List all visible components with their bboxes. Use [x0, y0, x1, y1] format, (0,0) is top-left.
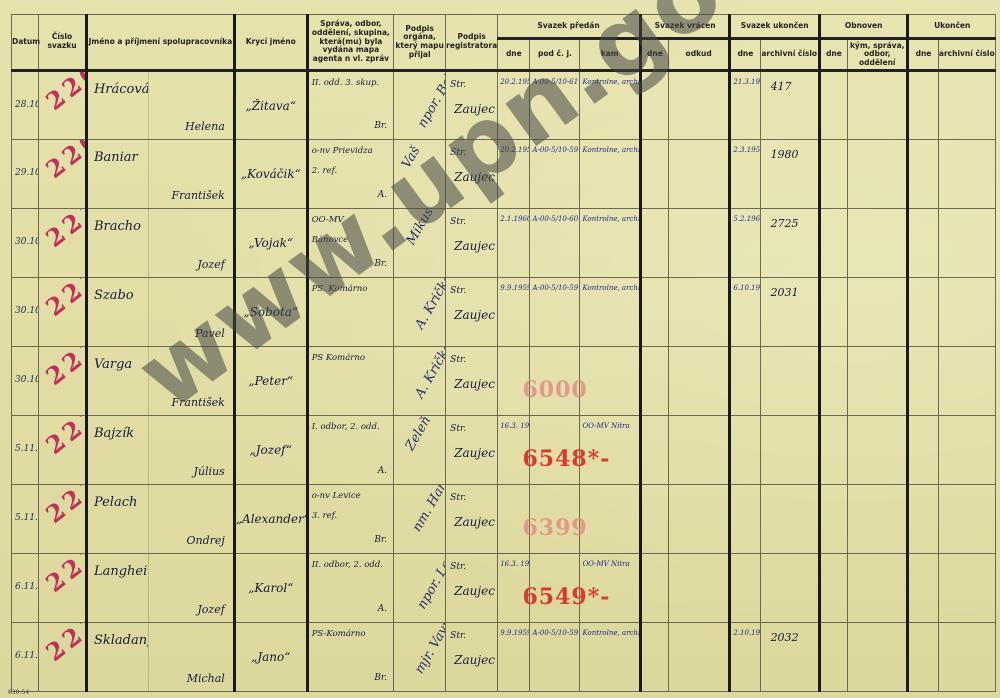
department-mark: A.	[378, 190, 387, 200]
final-date-cell	[908, 140, 938, 209]
renewed-by-cell	[848, 209, 908, 278]
organ-signature-cell: npor. Beličák	[394, 71, 446, 140]
firstname-cell: Pavel	[149, 278, 234, 347]
final-archive-cell	[938, 416, 995, 485]
firstname: Július	[194, 465, 225, 478]
table-row: 30.10.1957 2211 Szabo Pavel „Sobota“ PS.…	[12, 278, 996, 347]
surname: Bajzík	[94, 426, 134, 441]
handed-date: 9.9.1959	[500, 629, 530, 637]
cover-name: „Vojak“	[236, 236, 306, 250]
table-row: 6.11.1957. 2215 Langheiter Jozef „Karol“…	[12, 554, 996, 623]
surname-cell: Langheiter	[86, 554, 148, 623]
header-obnoven-dne: dne	[819, 39, 847, 71]
header-sprava: Správa, odbor, oddělení, skupina, která(…	[307, 15, 393, 71]
returned-date-cell	[640, 416, 668, 485]
final-archive-cell	[938, 554, 995, 623]
closed-date-cell	[730, 416, 760, 485]
firstname-cell: Jozef	[149, 554, 234, 623]
closed-date-cell: 2.3.1959	[730, 140, 760, 209]
firstname: Jozef	[197, 258, 224, 271]
closed-date: 21.3.1958	[733, 78, 760, 86]
cover-name: „Jano“	[236, 650, 306, 664]
handed-date: 20.2.1959	[500, 146, 530, 154]
header-predan-pod-cj: pod č. j.	[530, 39, 580, 71]
entry-date: 30.10.1957	[15, 375, 39, 385]
volume-number-stamp: 2210	[40, 209, 86, 253]
handed-to: OO-MV Nitra	[582, 560, 629, 568]
registrar-signature: Zaujec	[454, 377, 495, 391]
closed-date-cell	[730, 347, 760, 416]
registrar-rank: Str.	[450, 217, 466, 227]
header-obnoven: Obnoven	[819, 15, 908, 39]
header-svazek-vracen: Svazek vrácen	[640, 15, 730, 39]
date-cell: 6.11.1957.	[12, 623, 39, 692]
header-predan-kam: kam	[580, 39, 640, 71]
registrar-rank: Str.	[450, 286, 466, 296]
registrar-rank: Str.	[450, 80, 466, 90]
department-cell: OO-MV Bánovce Br.	[307, 209, 393, 278]
volume-number-stamp: 2211	[40, 278, 86, 322]
department-cell: II. odbor, 2. odd. A.	[307, 554, 393, 623]
handed-to-cell: Kontrolne, archív	[580, 140, 640, 209]
cover-name-cell: „Žitava“	[234, 71, 307, 140]
cover-name-cell: „Karol“	[234, 554, 307, 623]
department-sub: Bánovce	[312, 235, 349, 245]
renewed-date-cell	[819, 71, 847, 140]
volume-number-cell: 2213	[39, 416, 87, 485]
archive-number-cell: 2031	[760, 278, 819, 347]
closed-date: 2.3.1959	[733, 146, 760, 154]
surname: Baniar	[94, 150, 138, 165]
department-cell: o-nv Levice 3. ref. Br.	[307, 485, 393, 554]
handed-ref-cell: A-00-5/10-60	[530, 209, 580, 278]
archive-number: 1980	[771, 148, 799, 161]
handed-date-cell: 20.2.1958	[498, 71, 530, 140]
returned-date-cell	[640, 347, 668, 416]
firstname-cell: František	[149, 347, 234, 416]
renewed-date-cell	[819, 347, 847, 416]
organ-signature: Vaš	[399, 144, 423, 171]
returned-date-cell	[640, 71, 668, 140]
final-date-cell	[908, 485, 938, 554]
department: PS-Komárno	[312, 629, 366, 639]
cover-name: „Kováčik“	[236, 167, 306, 181]
cover-name-cell: „Jozef“	[234, 416, 307, 485]
cover-name: „Karol“	[236, 581, 306, 595]
closed-date-cell: 21.3.1958	[730, 71, 760, 140]
handed-ref-cell: A-00-5/10-59	[530, 623, 580, 692]
final-archive-cell	[938, 278, 995, 347]
department-mark: Br.	[374, 535, 387, 545]
department: o-nv Prievidza	[312, 146, 373, 156]
header-svazek-ukoncen: Svazek ukončen	[730, 15, 820, 39]
volume-number-cell: 2211	[39, 278, 87, 347]
returned-from-cell	[668, 623, 729, 692]
volume-number-cell: 2212	[39, 347, 87, 416]
final-archive-cell	[938, 623, 995, 692]
firstname-cell: Ondrej	[149, 485, 234, 554]
archive-number-cell	[760, 347, 819, 416]
handed-date: 16.3. 1960	[500, 560, 530, 568]
closed-date: 5.2.1960	[733, 215, 760, 223]
handed-to-cell: Kontrolne, archív	[580, 278, 640, 347]
surname-cell: Szabo	[86, 278, 148, 347]
volume-number-cell: 2216	[39, 623, 87, 692]
organ-signature: mjr. Vavrek	[412, 623, 445, 677]
header-final-dne: dne	[908, 39, 938, 71]
handed-date-cell: 9.9.1959	[498, 278, 530, 347]
table-row: 30.10.1957. 2210 Bracho Jozef „Vojak“ OO…	[12, 209, 996, 278]
date-cell: 29.10.1957	[12, 140, 39, 209]
table-row: 30.10.1957 2212 Varga František „Peter“ …	[12, 347, 996, 416]
volume-number-cell: 2214	[39, 485, 87, 554]
registrar-rank: Str.	[450, 562, 466, 572]
cover-name-cell: „Vojak“	[234, 209, 307, 278]
archive-number-cell: 2725	[760, 209, 819, 278]
surname: Varga	[94, 357, 132, 372]
date-cell: 30.10.1957	[12, 347, 39, 416]
volume-number-stamp: 2216	[40, 623, 86, 667]
cover-name-cell: „Sobota“	[234, 278, 307, 347]
registrar-signature: Zaujec	[454, 170, 495, 184]
header-kryci-jmeno: Krycí jméno	[234, 15, 307, 71]
department-cell: I. odbor, 2. odd. A.	[307, 416, 393, 485]
handed-date-cell: 9.9.1959	[498, 623, 530, 692]
department: I. odbor, 2. odd.	[312, 422, 380, 432]
organ-signature: npor. Beličák	[415, 71, 446, 131]
handed-to: Kontrolne, archív	[582, 78, 640, 86]
firstname-cell: Július	[149, 416, 234, 485]
cover-name: „Žitava“	[236, 99, 306, 113]
date-cell: 5.11.1957.	[12, 485, 39, 554]
surname-cell: Bracho	[86, 209, 148, 278]
firstname: Michal	[187, 672, 225, 685]
registrar-rank: Str.	[450, 355, 466, 365]
renewed-date-cell	[819, 209, 847, 278]
registrar-signature-cell: Str. Zaujec	[446, 347, 498, 416]
final-date-cell	[908, 554, 938, 623]
organ-signature-cell: Vaš	[394, 140, 446, 209]
handed-to-cell	[580, 347, 640, 416]
handed-to: Kontrolne, archív	[582, 215, 640, 223]
table-row: 6.11.1957. 2216 Skladaný Michal „Jano“ P…	[12, 623, 996, 692]
returned-from-cell	[668, 347, 729, 416]
organ-signature-cell: A. Kričkový	[394, 347, 446, 416]
department-sub: 2. ref.	[312, 166, 337, 176]
department-mark: Br.	[374, 673, 387, 683]
archive-number: 2725	[771, 217, 799, 230]
date-cell: 28.10.1957	[12, 71, 39, 140]
handed-ref: A-00-5/10-59	[532, 629, 578, 637]
returned-date-cell	[640, 209, 668, 278]
final-date-cell	[908, 416, 938, 485]
entry-date: 28.10.1957	[15, 100, 39, 110]
date-cell: 30.10.1957	[12, 278, 39, 347]
registrar-signature: Zaujec	[454, 653, 495, 667]
date-cell: 5.11.1957	[12, 416, 39, 485]
organ-signature-cell: nm. Hariš	[394, 485, 446, 554]
organ-signature-cell: Mikuš	[394, 209, 446, 278]
header-obnoven-kym: kým, správa, odbor, oddělení	[848, 39, 908, 71]
department: o-nv Levice	[312, 491, 361, 501]
department-mark: A.	[378, 604, 387, 614]
firstname: Pavel	[195, 327, 225, 340]
header-ukoncen-dne: dne	[730, 39, 760, 71]
handed-date: 2.1.1960	[500, 215, 530, 223]
red-number-stamp: 6000	[522, 377, 587, 403]
closed-date-cell	[730, 485, 760, 554]
handed-to: Kontrolne, archív	[582, 146, 640, 154]
renewed-date-cell	[819, 554, 847, 623]
registrar-signature: Zaujec	[454, 446, 495, 460]
returned-date-cell	[640, 485, 668, 554]
handed-to-cell: Kontrolne, archív	[580, 209, 640, 278]
registrar-signature: Zaujec	[454, 102, 495, 116]
cover-name-cell: „Peter“	[234, 347, 307, 416]
registrar-signature-cell: Str. Zaujec	[446, 554, 498, 623]
registrar-signature: Zaujec	[454, 308, 495, 322]
department-cell: o-nv Prievidza 2. ref. A.	[307, 140, 393, 209]
header-svazek-predan: Svazek předán	[498, 15, 641, 39]
header-row-1: Datum Číslo svazku Jméno a příjmení spol…	[12, 15, 996, 39]
renewed-date-cell	[819, 278, 847, 347]
organ-signature-cell: mjr. Vavrek	[394, 623, 446, 692]
closed-date-cell: 5.2.1960	[730, 209, 760, 278]
date-cell: 6.11.1957.	[12, 554, 39, 623]
firstname-cell: František	[149, 140, 234, 209]
archive-number-cell: 1980	[760, 140, 819, 209]
handed-ref: A-00-5/10-59	[532, 146, 578, 154]
volume-number-stamp: 2214	[40, 485, 86, 529]
entry-date: 6.11.1957.	[15, 651, 39, 661]
returned-from-cell	[668, 209, 729, 278]
header-podpis-organa: Podpis orgána, který mapu přijal	[394, 15, 446, 71]
firstname-cell: Jozef	[149, 209, 234, 278]
red-number-stamp: 6399	[522, 515, 587, 541]
surname-cell: Bajzík	[86, 416, 148, 485]
closed-date: 6.10.1959	[733, 284, 760, 292]
surname-cell: Skladaný	[86, 623, 148, 692]
handed-ref-cell: 6548*-	[530, 416, 580, 485]
renewed-by-cell	[848, 347, 908, 416]
returned-date-cell	[640, 140, 668, 209]
header-ukoncen: Ukončen	[908, 15, 996, 39]
organ-signature-cell: npor. Lenner	[394, 554, 446, 623]
department-cell: PS. Komárno	[307, 278, 393, 347]
returned-from-cell	[668, 71, 729, 140]
renewed-by-cell	[848, 140, 908, 209]
entry-date: 30.10.1957	[15, 306, 39, 316]
final-archive-cell	[938, 140, 995, 209]
surname: Langheiter	[94, 564, 149, 579]
volume-number-cell: 2215	[39, 554, 87, 623]
handed-ref: A-00-5/10-60	[532, 215, 578, 223]
archive-number-cell	[760, 416, 819, 485]
closed-date-cell	[730, 554, 760, 623]
table-row: 5.11.1957 2213 Bajzík Július „Jozef“ I. …	[12, 416, 996, 485]
surname-cell: Hrácová	[86, 71, 148, 140]
volume-number-cell: 2210	[39, 209, 87, 278]
form-code: 630-54	[8, 689, 29, 696]
firstname: František	[172, 189, 225, 202]
organ-signature: Mikuš	[404, 209, 437, 248]
archive-number-cell: 417	[760, 71, 819, 140]
archive-number: 2031	[771, 286, 799, 299]
organ-signature-cell: A. Kričkový	[394, 278, 446, 347]
registrar-signature-cell: Str. Zaujec	[446, 485, 498, 554]
final-date-cell	[908, 209, 938, 278]
handed-ref-cell: 6000	[530, 347, 580, 416]
final-archive-cell	[938, 347, 995, 416]
registrar-signature: Zaujec	[454, 515, 495, 529]
department: PS. Komárno	[312, 284, 368, 294]
handed-ref: A-00-5/10-59	[532, 284, 578, 292]
registrar-rank: Str.	[450, 631, 466, 641]
cover-name-cell: „Alexander“	[234, 485, 307, 554]
handed-date: 20.2.1958	[500, 78, 530, 86]
archive-number-cell	[760, 554, 819, 623]
handed-to: Kontrolne, archív	[582, 629, 640, 637]
final-archive-cell	[938, 209, 995, 278]
handed-ref-cell: A-00-5/10-59	[530, 140, 580, 209]
cover-name: „Peter“	[236, 374, 306, 388]
closed-date-cell: 6.10.1959	[730, 278, 760, 347]
entry-date: 29.10.1957	[15, 168, 39, 178]
surname-cell: Varga	[86, 347, 148, 416]
surname: Hrácová	[94, 82, 149, 97]
renewed-by-cell	[848, 71, 908, 140]
handed-date: 16.3. 1960	[500, 422, 530, 430]
entry-date: 5.11.1957	[15, 444, 39, 454]
returned-from-cell	[668, 140, 729, 209]
entry-date: 5.11.1957.	[15, 513, 39, 523]
registrar-signature: Zaujec	[454, 584, 495, 598]
cover-name-cell: „Kováčik“	[234, 140, 307, 209]
volume-number-cell: 2208	[39, 71, 87, 140]
handed-to: Kontrolne, archív	[582, 284, 640, 292]
archive-number: 417	[771, 80, 792, 93]
volume-number-stamp: 2212	[40, 347, 86, 391]
registrar-rank: Str.	[450, 493, 466, 503]
renewed-date-cell	[819, 623, 847, 692]
final-date-cell	[908, 623, 938, 692]
handed-date: 9.9.1959	[500, 284, 530, 292]
closed-date: 2.10.1959	[733, 629, 760, 637]
closed-date-cell: 2.10.1959	[730, 623, 760, 692]
registrar-signature-cell: Str. Zaujec	[446, 71, 498, 140]
renewed-by-cell	[848, 623, 908, 692]
header-ukoncen-archivni: archivní číslo	[760, 39, 819, 71]
header-vracen-dne: dne	[640, 39, 668, 71]
entry-date: 6.11.1957.	[15, 582, 39, 592]
final-archive-cell	[938, 485, 995, 554]
cover-name: „Alexander“	[236, 512, 306, 526]
handed-ref-cell: 6549*-	[530, 554, 580, 623]
registrar-signature-cell: Str. Zaujec	[446, 209, 498, 278]
handed-to-cell: OO-MV Nitra	[580, 416, 640, 485]
organ-signature: nm. Hariš	[410, 485, 446, 535]
table-row: 29.10.1957 2209 Baniar František „Kováči…	[12, 140, 996, 209]
department: OO-MV	[312, 215, 344, 225]
department-cell: PS Komárno	[307, 347, 393, 416]
department-mark: Br.	[374, 259, 387, 269]
organ-signature: A. Kričkový	[412, 347, 445, 401]
handed-ref-cell: 6399	[530, 485, 580, 554]
archive-number-cell: 2032	[760, 623, 819, 692]
handed-date-cell: 2.1.1960	[498, 209, 530, 278]
header-vracen-odkud: odkud	[668, 39, 729, 71]
header-final-archivni: archivní číslo	[938, 39, 995, 71]
firstname: Jozef	[197, 603, 224, 616]
registrar-signature-cell: Str. Zaujec	[446, 416, 498, 485]
surname-cell: Baniar	[86, 140, 148, 209]
volume-number-stamp: 2209	[40, 140, 86, 184]
surname: Pelach	[94, 495, 137, 510]
cover-name-cell: „Jano“	[234, 623, 307, 692]
registrar-signature-cell: Str. Zaujec	[446, 623, 498, 692]
handed-to: OO-MV Nitra	[582, 422, 629, 430]
returned-from-cell	[668, 485, 729, 554]
archive-number: 2032	[771, 631, 799, 644]
handed-ref-cell: A-00-5/10-59	[530, 278, 580, 347]
volume-number-cell: 2209	[39, 140, 87, 209]
renewed-date-cell	[819, 485, 847, 554]
registrar-signature: Zaujec	[454, 239, 495, 253]
renewed-by-cell	[848, 416, 908, 485]
firstname: František	[172, 396, 225, 409]
renewed-by-cell	[848, 554, 908, 623]
department: II. odbor, 2. odd.	[312, 560, 383, 570]
registry-table: Datum Číslo svazku Jméno a příjmení spol…	[11, 14, 996, 692]
handed-to-cell: OO-MV Nitra	[580, 554, 640, 623]
date-cell: 30.10.1957.	[12, 209, 39, 278]
final-archive-cell	[938, 71, 995, 140]
handed-date-cell: 20.2.1959	[498, 140, 530, 209]
final-date-cell	[908, 71, 938, 140]
table-row: 5.11.1957. 2214 Pelach Ondrej „Alexander…	[12, 485, 996, 554]
surname-cell: Pelach	[86, 485, 148, 554]
organ-signature-cell: Zeleň	[394, 416, 446, 485]
volume-number-stamp: 2208	[40, 71, 86, 116]
surname: Szabo	[94, 288, 134, 303]
returned-date-cell	[640, 623, 668, 692]
department-mark: A.	[378, 466, 387, 476]
volume-number-stamp: 2213	[40, 416, 86, 460]
organ-signature: A. Kričkový	[412, 278, 445, 332]
renewed-by-cell	[848, 485, 908, 554]
renewed-date-cell	[819, 416, 847, 485]
header-podpis-registratora: Podpis registratora	[446, 15, 498, 71]
final-date-cell	[908, 278, 938, 347]
department-mark: Br.	[374, 121, 387, 131]
organ-signature: Zeleň	[403, 416, 434, 454]
handed-to-cell	[580, 485, 640, 554]
handed-ref-cell: A-00-5/10-61	[530, 71, 580, 140]
cover-name: „Jozef“	[236, 443, 306, 457]
cover-name: „Sobota“	[236, 305, 306, 319]
table-row: 28.10.1957 2208 Hrácová Helena „Žitava“ …	[12, 71, 996, 140]
header-cislo-svazku: Číslo svazku	[39, 15, 87, 71]
returned-date-cell	[640, 278, 668, 347]
archive-number-cell	[760, 485, 819, 554]
header-predan-dne: dne	[498, 39, 530, 71]
handed-ref: A-00-5/10-61	[532, 78, 578, 86]
volume-number-stamp: 2215	[40, 554, 86, 598]
returned-from-cell	[668, 416, 729, 485]
handed-to-cell: Kontrolne, archív	[580, 71, 640, 140]
firstname: Helena	[185, 120, 225, 133]
organ-signature: npor. Lenner	[415, 554, 446, 612]
